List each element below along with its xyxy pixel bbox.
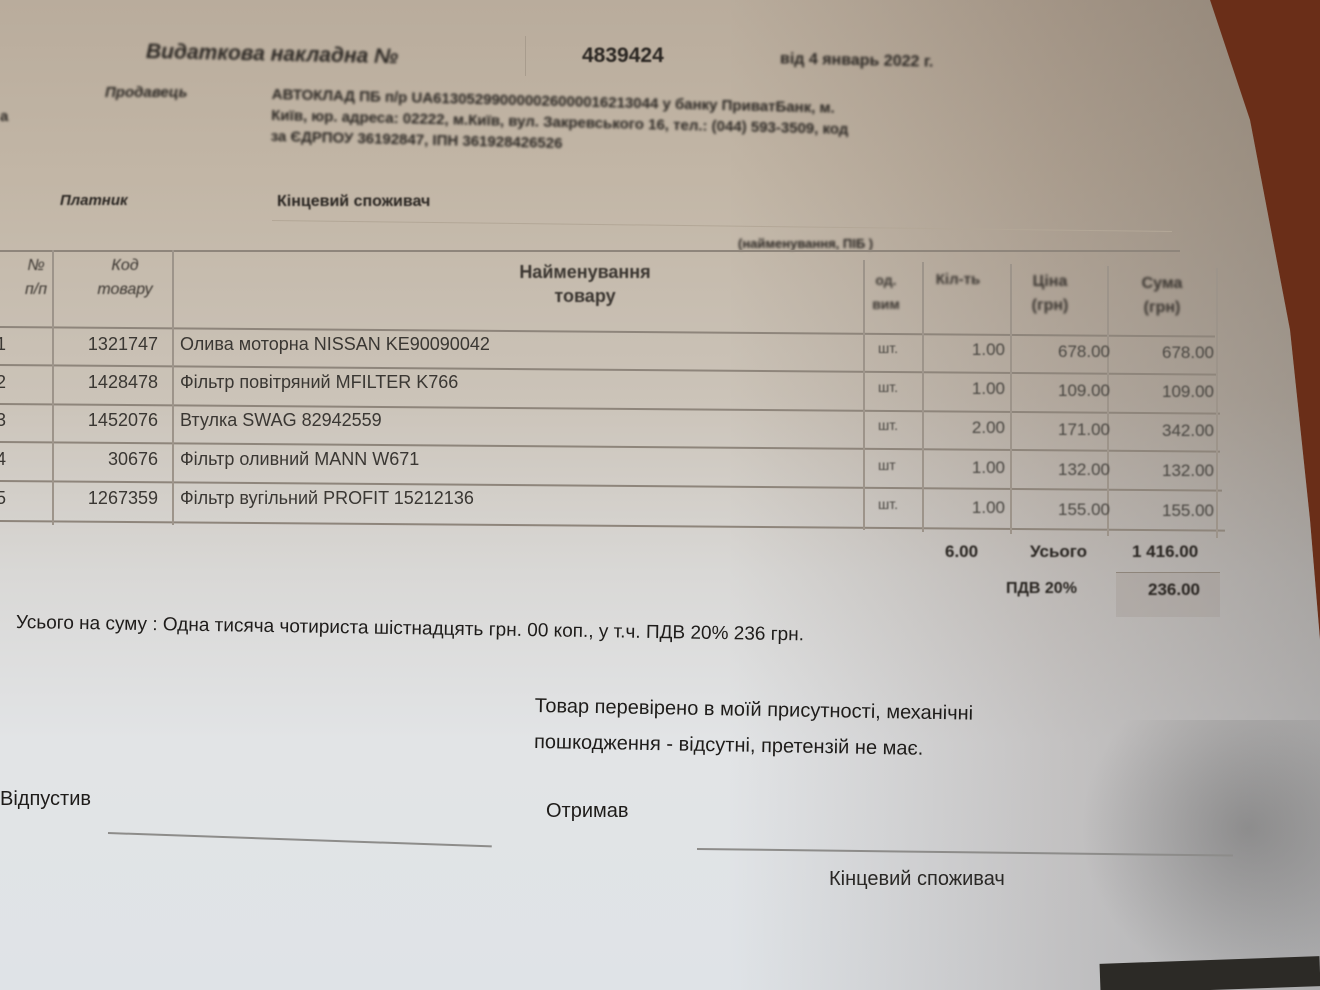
invoice-date: від 4 январь 2022 г.	[780, 50, 934, 71]
item-price: 132.00	[1012, 460, 1110, 480]
payer-label: Платник	[60, 192, 128, 209]
seller-label: Продавець	[105, 84, 187, 101]
header-qty: Кіл-ть	[918, 268, 998, 292]
header-sum: Сума (грн)	[1112, 272, 1212, 320]
acknowledgement-line-2: пошкодження - відсутні, претензій не має…	[534, 724, 973, 768]
item-unit: шт.	[878, 496, 898, 512]
item-unit: шт.	[878, 417, 898, 433]
col-divider	[1107, 266, 1109, 536]
item-price: 155.00	[1012, 500, 1110, 520]
col-divider	[1216, 268, 1218, 538]
header-unit: од. вим	[860, 268, 912, 316]
receiver-name: Кінцевий споживач	[829, 868, 1005, 891]
col-divider	[922, 262, 924, 532]
item-unit: шт	[878, 457, 896, 473]
item-quantity: 1.00	[930, 379, 1005, 399]
payer-name-note: (найменування, ПІБ )	[738, 236, 873, 251]
header-no: № п/п	[8, 254, 64, 302]
item-name: Фільтр вугільний PROFIT 15212136	[180, 488, 474, 509]
header-price: Ціна (грн)	[1010, 270, 1090, 318]
item-unit: шт.	[878, 340, 898, 356]
item-sum: 109.00	[1110, 382, 1214, 402]
released-by-label: Відпустив	[0, 788, 91, 811]
item-code: 1267359	[58, 488, 158, 509]
invoice-number: 4839424	[582, 44, 664, 68]
vat-label: ПДВ 20%	[1006, 580, 1077, 598]
row-number: 4	[0, 449, 16, 470]
row-number: 2	[0, 372, 16, 393]
item-quantity: 1.00	[930, 340, 1005, 360]
header-code: Код товару	[70, 254, 180, 302]
row-number: 3	[0, 410, 16, 431]
total-label: Усього	[1030, 542, 1087, 562]
item-sum: 678.00	[1110, 343, 1214, 363]
item-name: Втулка SWAG 82942559	[180, 410, 382, 431]
item-sum: 132.00	[1110, 461, 1214, 481]
row-number: 1	[0, 334, 16, 355]
left-edge-fragment: а	[0, 108, 8, 125]
item-code: 1428478	[58, 372, 158, 393]
item-quantity: 1.00	[930, 498, 1005, 518]
acknowledgement-note: Товар перевірено в моїй присутності, мех…	[534, 688, 974, 768]
item-price: 171.00	[1012, 420, 1110, 440]
item-code: 1321747	[58, 334, 158, 355]
header-name: Найменування товару	[470, 260, 700, 308]
item-name: Фільтр повітряний MFILTER K766	[180, 372, 458, 393]
payer-value: Кінцевий споживач	[277, 193, 430, 211]
item-price: 678.00	[1012, 342, 1110, 362]
item-name: Олива моторна NISSAN KE90090042	[180, 334, 490, 355]
received-by-label: Отримав	[546, 800, 629, 823]
item-code: 1452076	[58, 410, 158, 431]
items-table: № п/п Код товару Найменування товару од.…	[0, 250, 1230, 530]
item-sum: 155.00	[1110, 501, 1214, 521]
total-sum: 1 416.00	[1132, 542, 1198, 562]
item-name: Фільтр оливний MANN W671	[180, 449, 419, 470]
row-number: 5	[0, 488, 16, 509]
item-price: 109.00	[1012, 381, 1110, 401]
item-quantity: 1.00	[930, 458, 1005, 478]
table-top-border	[0, 250, 1180, 252]
total-quantity: 6.00	[945, 542, 978, 562]
item-unit: шт.	[878, 379, 898, 395]
table-bottom-border	[0, 520, 1225, 531]
vat-value: 236.00	[1148, 580, 1200, 600]
item-code: 30676	[58, 449, 158, 470]
item-sum: 342.00	[1110, 421, 1214, 441]
item-quantity: 2.00	[930, 418, 1005, 438]
